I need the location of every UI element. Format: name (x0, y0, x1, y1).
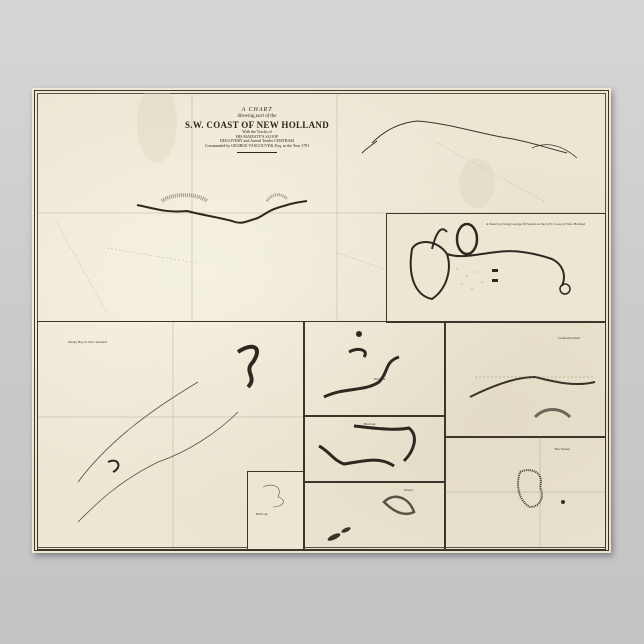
inset-island-chart: Island (303, 481, 446, 550)
chatham-island-drawing (445, 322, 605, 437)
inset-label-sound: A Sketch of King George III Sound on the… (486, 222, 585, 226)
inset-label-harbour-2: Harbour (364, 422, 376, 426)
inset-label-island: Island (404, 488, 413, 492)
inset-chatham-island: Chatham Island (444, 321, 606, 438)
inset-harbour-2: Harbour (303, 415, 446, 483)
inset-label-chatham: Chatham Island (558, 336, 580, 340)
title-rule (237, 152, 277, 153)
inset-snares: The Snares (444, 436, 606, 550)
chart-title-block: A CHART Shewing part of the S.W. COAST O… (152, 107, 362, 153)
title-line-7: Commanded by GEORGE VANCOUVER, Esq. in t… (152, 144, 362, 149)
inset-label-snares: The Snares (554, 447, 570, 451)
inset-label-small-harbour: Harbour (256, 512, 268, 516)
inset-king-george-sound: A Sketch of King George III Sound on the… (386, 213, 606, 323)
harbour-1-drawing (304, 322, 445, 416)
inset-label-dusky-bay: Dusky Bay in New Zealand (68, 340, 107, 344)
inset-small-harbour: Harbour (247, 471, 305, 550)
small-harbour-drawing (248, 472, 304, 549)
map-poster: A CHART Shewing part of the S.W. COAST O… (32, 88, 611, 553)
snares-drawing (445, 437, 605, 549)
title-line-1: A CHART (152, 107, 362, 114)
island-chart-drawing (304, 482, 445, 549)
inset-label-harbour-1: Harbour (374, 377, 386, 381)
inset-harbour-1: Harbour (303, 321, 446, 417)
sound-drawing (387, 214, 605, 322)
